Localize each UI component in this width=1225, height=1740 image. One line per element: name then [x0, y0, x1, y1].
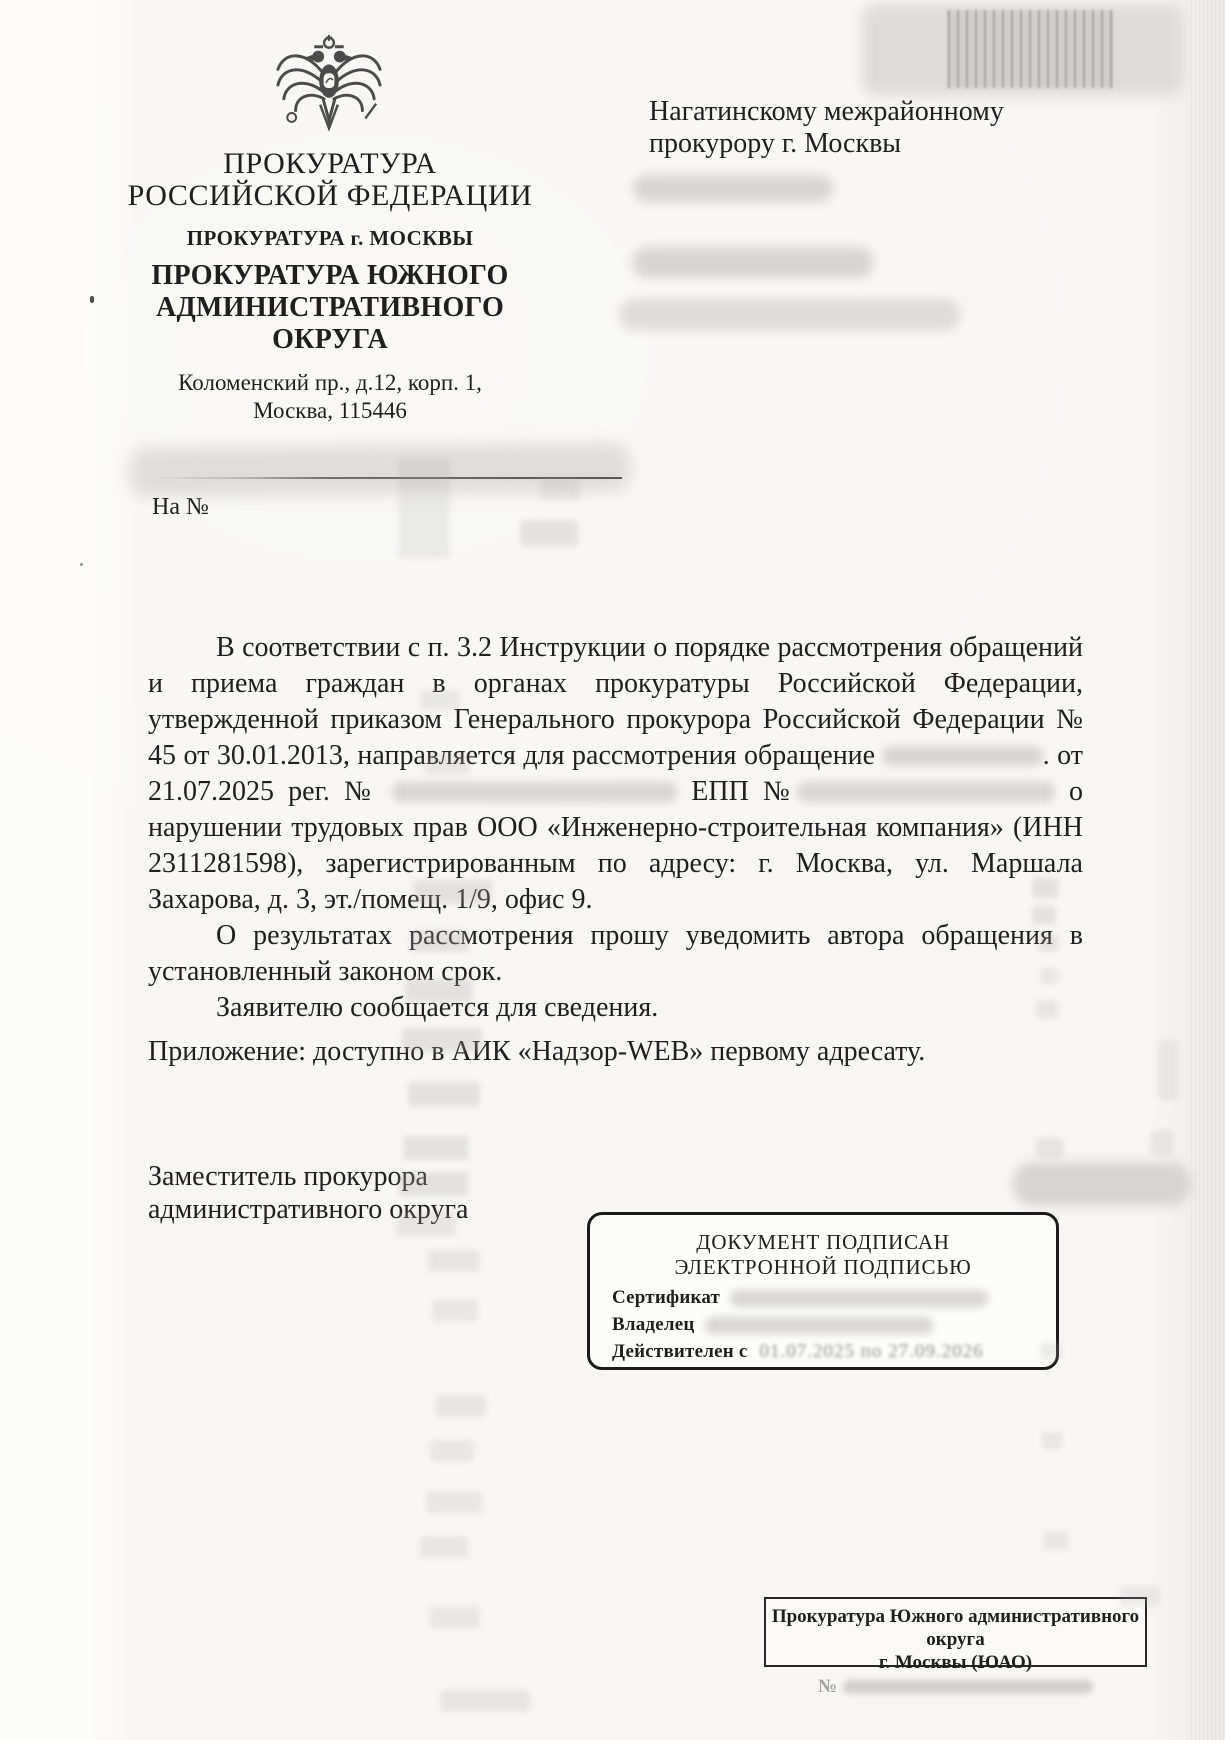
- bleed-through-smudge: [396, 1212, 456, 1236]
- org-address-line2: Москва, 115446: [118, 397, 542, 425]
- attachment-note: Приложение: доступно в АИК «Надзор-WEB» …: [148, 1036, 925, 1068]
- bleed-through-smudge: [398, 458, 450, 558]
- certificate-number-redaction: [730, 1290, 988, 1307]
- esign-owner-row: Владелец: [612, 1314, 933, 1336]
- russia-coat-of-arms-icon: [270, 34, 388, 142]
- bleed-through-smudge: [440, 1690, 530, 1712]
- stamp-number-row: №: [766, 1675, 1145, 1698]
- bleed-through-smudge: [430, 1606, 480, 1628]
- bleed-through-smudge: [1150, 1130, 1174, 1156]
- bleed-through-smudge: [1038, 934, 1058, 952]
- bleed-through-smudge: [410, 930, 468, 952]
- reference-label: На №: [152, 494, 209, 521]
- reg-number-redaction: [392, 782, 677, 802]
- org-unit-line1: ПРОКУРАТУРА ЮЖНОГО: [118, 260, 542, 292]
- addressee-block: Нагатинскому межрайонному прокурору г. М…: [649, 96, 1004, 160]
- org-name-line1: ПРОКУРАТУРА: [118, 148, 542, 180]
- esign-certificate-label: Сертификат: [612, 1287, 720, 1308]
- bleed-through-smudge: [420, 690, 460, 710]
- addressee-name2-redaction: [633, 247, 873, 278]
- addressee-name-redaction: [633, 175, 833, 202]
- org-unit-line3: ОКРУГА: [118, 324, 542, 356]
- bleed-through-smudge: [1036, 1000, 1058, 1018]
- bleed-through-smudge: [1044, 1532, 1068, 1550]
- bleed-through-smudge: [1040, 968, 1058, 984]
- letter-body: В соответствии с п. 3.2 Инструкции о пор…: [148, 630, 1083, 1026]
- body-p1-text-c: ЕПП №: [691, 776, 797, 807]
- body-paragraph-1: В соответствии с п. 3.2 Инструкции о пор…: [148, 630, 1083, 918]
- barcode: [948, 10, 1112, 88]
- esign-title-line2: ЭЛЕКТРОННОЙ ПОДПИСЬЮ: [590, 1255, 1056, 1280]
- org-parent-unit: ПРОКУРАТУРА г. МОСКВЫ: [118, 227, 542, 250]
- body-paragraph-2: О результатах рассмотрения прошу уведоми…: [148, 918, 1083, 990]
- bleed-through-smudge: [402, 1028, 482, 1052]
- esign-title-line1: ДОКУМЕНТ ПОДПИСАН: [590, 1230, 1056, 1255]
- stamp-org-line1: Прокуратура Южного административного окр…: [766, 1605, 1145, 1651]
- bleed-through-smudge: [1120, 1586, 1160, 1606]
- bleed-through-smudge: [520, 520, 578, 546]
- bleed-through-smudge: [1040, 1342, 1062, 1360]
- bleed-through-smudge: [1036, 1138, 1064, 1158]
- bleed-through-smudge: [405, 978, 473, 1002]
- esign-validity-row: Действителен с01.07.2025 по 27.09.2026: [612, 1341, 984, 1363]
- bleed-through-smudge: [428, 1250, 480, 1272]
- esign-validity-label: Действителен с: [612, 1341, 747, 1362]
- bleed-through-smudge: [1042, 1432, 1062, 1450]
- letterhead: ПРОКУРАТУРА РОССИЙСКОЙ ФЕДЕРАЦИИ ПРОКУРА…: [118, 148, 542, 425]
- bleed-through-smudge: [1158, 1040, 1178, 1100]
- stamp-number-redaction: [843, 1680, 1093, 1694]
- electronic-signature-stamp: ДОКУМЕНТ ПОДПИСАН ЭЛЕКТРОННОЙ ПОДПИСЬЮ С…: [587, 1212, 1059, 1370]
- bleed-through-smudge: [420, 1536, 468, 1558]
- addressee-line2: прокурору г. Москвы: [649, 128, 1004, 160]
- bleed-through-smudge: [436, 1395, 486, 1417]
- bleed-through-smudge: [540, 478, 580, 500]
- esign-certificate-row: Сертификат: [612, 1287, 988, 1309]
- owner-name-redaction: [705, 1317, 933, 1334]
- stamp-number-label: №: [818, 1675, 837, 1698]
- scanned-letter-page: ПРОКУРАТУРА РОССИЙСКОЙ ФЕДЕРАЦИИ ПРОКУРА…: [0, 0, 1225, 1740]
- body-paragraph-3: Заявителю сообщается для сведения.: [148, 990, 1083, 1026]
- org-unit-line2: АДМИНИСТРАТИВНОГО: [118, 292, 542, 324]
- registration-stamp: Прокуратура Южного административного окр…: [764, 1597, 1147, 1667]
- bleed-through-smudge: [1032, 878, 1058, 898]
- bleed-through-smudge: [424, 754, 470, 774]
- org-address-line1: Коломенский пр., д.12, корп. 1,: [118, 369, 542, 397]
- applicant-name-redaction: [883, 746, 1043, 766]
- scan-edge-streaks: [1191, 0, 1225, 1740]
- scan-speck: [80, 563, 83, 566]
- esign-validity-dates: 01.07.2025 по 27.09.2026: [759, 1341, 983, 1362]
- bleed-through-smudge: [1032, 906, 1056, 924]
- bleed-through-smudge: [398, 1172, 468, 1196]
- bleed-through-smudge: [430, 1440, 474, 1462]
- bleed-through-smudge: [426, 1492, 482, 1514]
- addressee-address-redaction: [620, 299, 960, 330]
- bleed-through-smudge: [414, 880, 492, 904]
- esign-owner-label: Владелец: [612, 1314, 695, 1335]
- org-name-line2: РОССИЙСКОЙ ФЕДЕРАЦИИ: [118, 180, 542, 212]
- epp-number-redaction: [797, 782, 1055, 802]
- scan-speck: [90, 296, 94, 303]
- bleed-through-smudge: [404, 1136, 468, 1160]
- bleed-through-smudge: [408, 1082, 480, 1106]
- stamp-org-line2: г. Москвы (ЮАО): [766, 1651, 1145, 1674]
- addressee-line1: Нагатинскому межрайонному: [649, 96, 1004, 128]
- bleed-through-smudge: [432, 1300, 478, 1322]
- signer-name-redaction: [1012, 1162, 1192, 1206]
